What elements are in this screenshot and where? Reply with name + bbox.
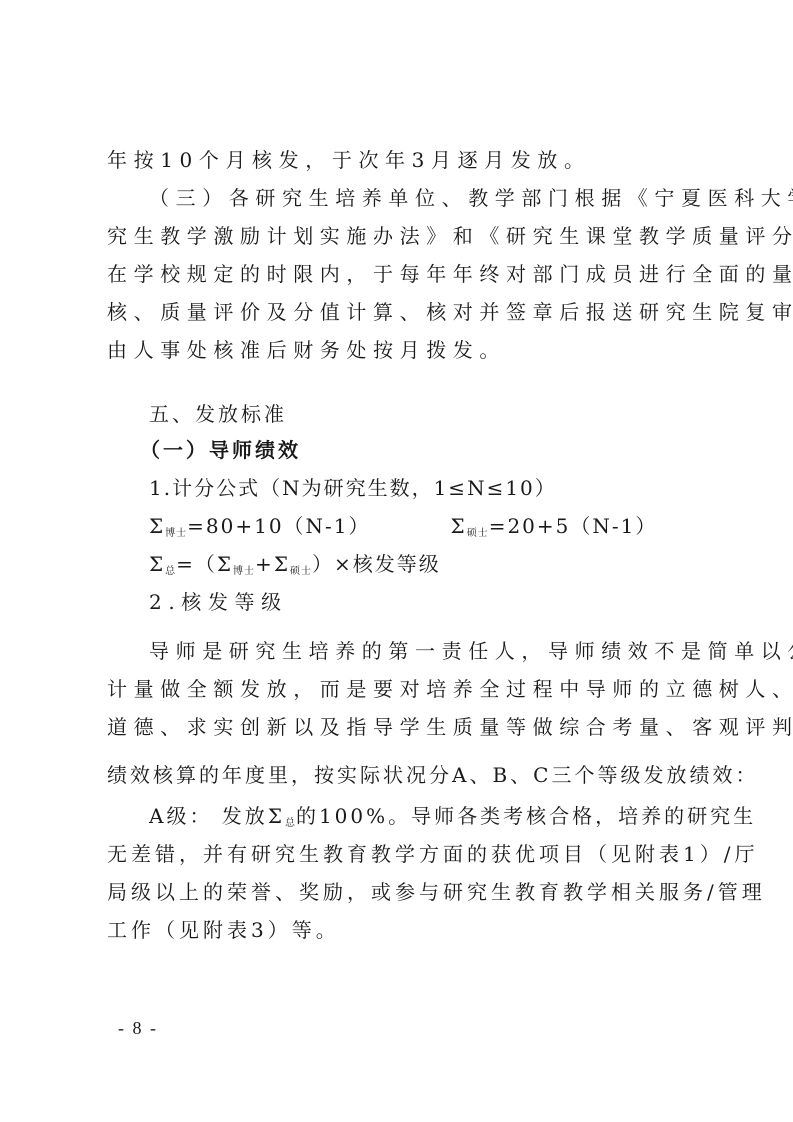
sigma-symbol: Σ (149, 514, 165, 538)
body-text-line: 局级以上的荣誉、奖励，或参与研究生教育教学相关服务/管理 (107, 879, 691, 905)
subsection-heading: （一）导师绩效 (140, 437, 724, 463)
body-text-line: 绩效核算的年度里，按实际状况分A、B、C三个等级发放绩效： (107, 762, 691, 788)
grade-a-suffix: 的100%。导师各类考核合格，培养的研究生 (296, 804, 756, 828)
total-prefix: =（ (176, 552, 217, 576)
section-heading: 五、发放标准 (149, 401, 691, 427)
body-text-line: 核、质量评价及分值计算、核对并签章后报送研究生院复审，再 (107, 299, 691, 325)
phd-subscript: 博士 (165, 528, 187, 539)
body-text-line: 导师是研究生培养的第一责任人，导师绩效不是简单以公式 (149, 638, 691, 664)
sigma-symbol: Σ (451, 514, 467, 538)
page-number: - 8 - (118, 1018, 158, 1039)
body-text-line: 计量做全额发放，而是要对培养全过程中导师的立德树人、学术 (107, 676, 691, 702)
total-subscript: 总 (165, 566, 176, 577)
formula-label: 1.计分公式（N为研究生数，1≤N≤10） (149, 475, 691, 501)
total-subscript: 总 (285, 818, 296, 829)
body-text-line: 在学校规定的时限内，于每年年终对部门成员进行全面的量化考 (107, 261, 691, 287)
body-text-line: 由人事处核准后财务处按月拨发。 (107, 337, 691, 363)
sigma-symbol: Σ (274, 552, 290, 576)
master-subscript: 硕士 (467, 528, 489, 539)
body-text-line: 道德、求实创新以及指导学生质量等做综合考量、客观评判，在 (107, 714, 691, 740)
formula-phd-master: Σ博士=80+10（N-1）Σ硕士=20+5（N-1） (149, 513, 691, 547)
sigma-symbol: Σ (149, 552, 165, 576)
body-text-line: 无差错，并有研究生教育教学方面的获优项目（见附表1）/厅 (107, 841, 691, 867)
sigma-symbol: Σ (217, 552, 233, 576)
body-text-line: 究生教学激励计划实施办法》和《研究生课堂教学质量评分表》， (107, 223, 691, 249)
master-expression: =20+5（N-1） (489, 514, 658, 538)
sigma-symbol: Σ (268, 804, 285, 828)
grade-a-prefix: A级： 发放 (149, 804, 268, 828)
grade-label: 2.核发等级 (149, 589, 691, 615)
plus-sign: + (255, 552, 274, 576)
body-text-line: （三）各研究生培养单位、教学部门根据《宁夏医科大学研 (149, 185, 691, 211)
phd-subscript: 博士 (233, 566, 255, 577)
document-page: 年按10个月核发，于次年3月逐月发放。 （三）各研究生培养单位、教学部门根据《宁… (0, 0, 793, 1122)
phd-expression: =80+10（N-1） (187, 514, 370, 538)
formula-total: Σ总=（Σ博士+Σ硕士）×核发等级 (149, 551, 691, 585)
total-suffix: ）×核发等级 (312, 552, 441, 576)
master-subscript: 硕士 (290, 566, 312, 577)
grade-a-line: A级： 发放Σ总的100%。导师各类考核合格，培养的研究生 (149, 803, 691, 837)
body-text-line: 工作（见附表3）等。 (107, 917, 691, 943)
body-text-line: 年按10个月核发，于次年3月逐月发放。 (107, 147, 691, 173)
